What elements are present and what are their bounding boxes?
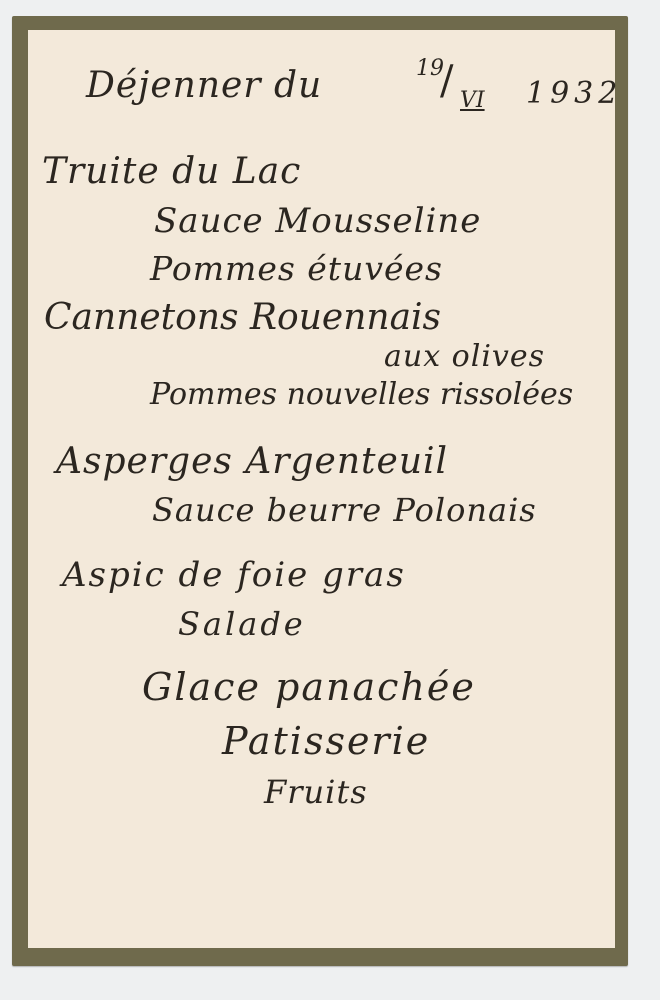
menu-item-patisserie: Patisserie: [222, 722, 430, 760]
menu-title: Déjenner du: [86, 68, 322, 104]
menu-card: Déjenner du 19 / VI 1932 Truite du Lac S…: [12, 16, 628, 966]
date-year: 1932: [526, 76, 622, 111]
menu-item-sauce-beurre: Sauce beurre Polonais: [152, 494, 537, 526]
menu-item-asperges: Asperges Argenteuil: [56, 444, 448, 480]
menu-item-fruits: Fruits: [264, 776, 368, 808]
menu-item-pommes-nouvelles: Pommes nouvelles rissolées: [150, 380, 573, 410]
menu-item-aux-olives: aux olives: [384, 342, 545, 372]
menu-item-sauce-mousseline: Sauce Mousseline: [154, 204, 481, 238]
menu-item-truite: Truite du Lac: [42, 154, 301, 190]
menu-item-glace: Glace panachée: [142, 668, 476, 706]
menu-item-salade: Salade: [178, 608, 306, 640]
menu-item-pommes-etuvees: Pommes étuvées: [150, 252, 443, 285]
menu-card-paper: Déjenner du 19 / VI 1932 Truite du Lac S…: [28, 30, 615, 948]
menu-item-aspic: Aspic de foie gras: [62, 558, 406, 592]
menu-item-cannetons: Cannetons Rouennais: [44, 300, 441, 336]
date-slash: /: [440, 58, 453, 104]
date-month: VI: [460, 88, 485, 113]
